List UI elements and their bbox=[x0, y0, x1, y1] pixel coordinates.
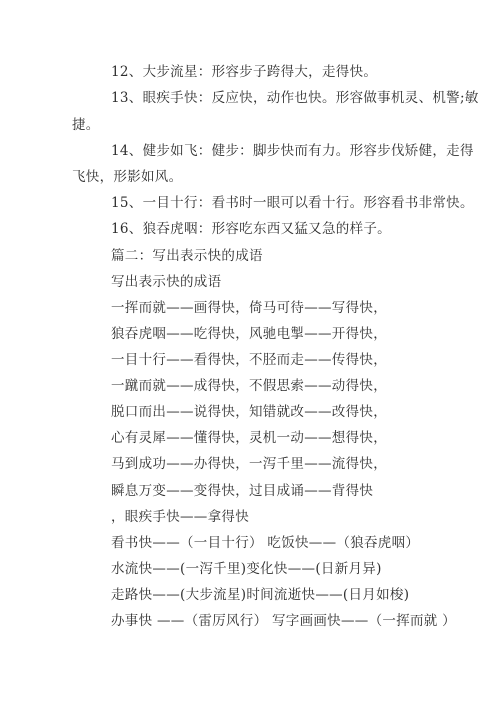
idiom-item-13-continuation: 捷。 bbox=[72, 115, 100, 135]
idiom-item-16: 16、狼吞虎咽：形容吃东西又猛又急的样子。 bbox=[111, 219, 391, 239]
idiom-item-14-continuation: 飞快，形影如风。 bbox=[72, 167, 182, 187]
idiom-pair-line: ，眼疾手快——拿得快 bbox=[111, 507, 249, 527]
idiom-item-12: 12、大步流星：形容步子跨得大，走得快。 bbox=[111, 62, 377, 82]
fill-in-line: 走路快——(大步流星)时间流逝快——(日月如梭) bbox=[111, 585, 409, 605]
document-page: 12、大步流星：形容步子跨得大，走得快。 13、眼疾手快：反应快，动作也快。形容… bbox=[0, 0, 500, 708]
section-two-subheading: 写出表示快的成语 bbox=[111, 272, 221, 292]
idiom-pair-line: 马到成功——办得快，一泻千里——流得快， bbox=[111, 454, 387, 474]
section-two-heading: 篇二：写出表示快的成语 bbox=[111, 246, 263, 266]
idiom-pair-line: 一挥而就——画得快，倚马可待——写得快， bbox=[111, 298, 387, 318]
idiom-pair-line: 瞬息万变——变得快，过目成诵——背得快 bbox=[111, 481, 373, 501]
idiom-pair-line: 狼吞虎咽——吃得快，风驰电掣——开得快， bbox=[111, 324, 387, 344]
idiom-pair-line: 一蹴而就——成得快，不假思索——动得快， bbox=[111, 376, 387, 396]
idiom-item-14: 14、健步如飞：健步：脚步快而有力。形容步伐矫健，走得 bbox=[111, 141, 474, 161]
idiom-item-15: 15、一目十行：看书时一眼可以看十行。形容看书非常快。 bbox=[111, 193, 474, 213]
idiom-item-13: 13、眼疾手快：反应快，动作也快。形容做事机灵、机警;敏 bbox=[111, 88, 479, 108]
fill-in-line: 水流快——(一泻千里)变化快——(日新月异) bbox=[111, 559, 382, 579]
fill-in-line: 办事快 ——（雷厉风行） 写字画画快——（一挥而就 ） bbox=[111, 611, 456, 631]
fill-in-line: 看书快——（一目十行） 吃饭快——（狼吞虎咽） bbox=[111, 533, 419, 553]
idiom-pair-line: 脱口而出——说得快，知错就改——改得快， bbox=[111, 402, 387, 422]
idiom-pair-line: 一目十行——看得快，不胫而走——传得快， bbox=[111, 350, 387, 370]
idiom-pair-line: 心有灵犀——懂得快，灵机一动——想得快， bbox=[111, 428, 387, 448]
